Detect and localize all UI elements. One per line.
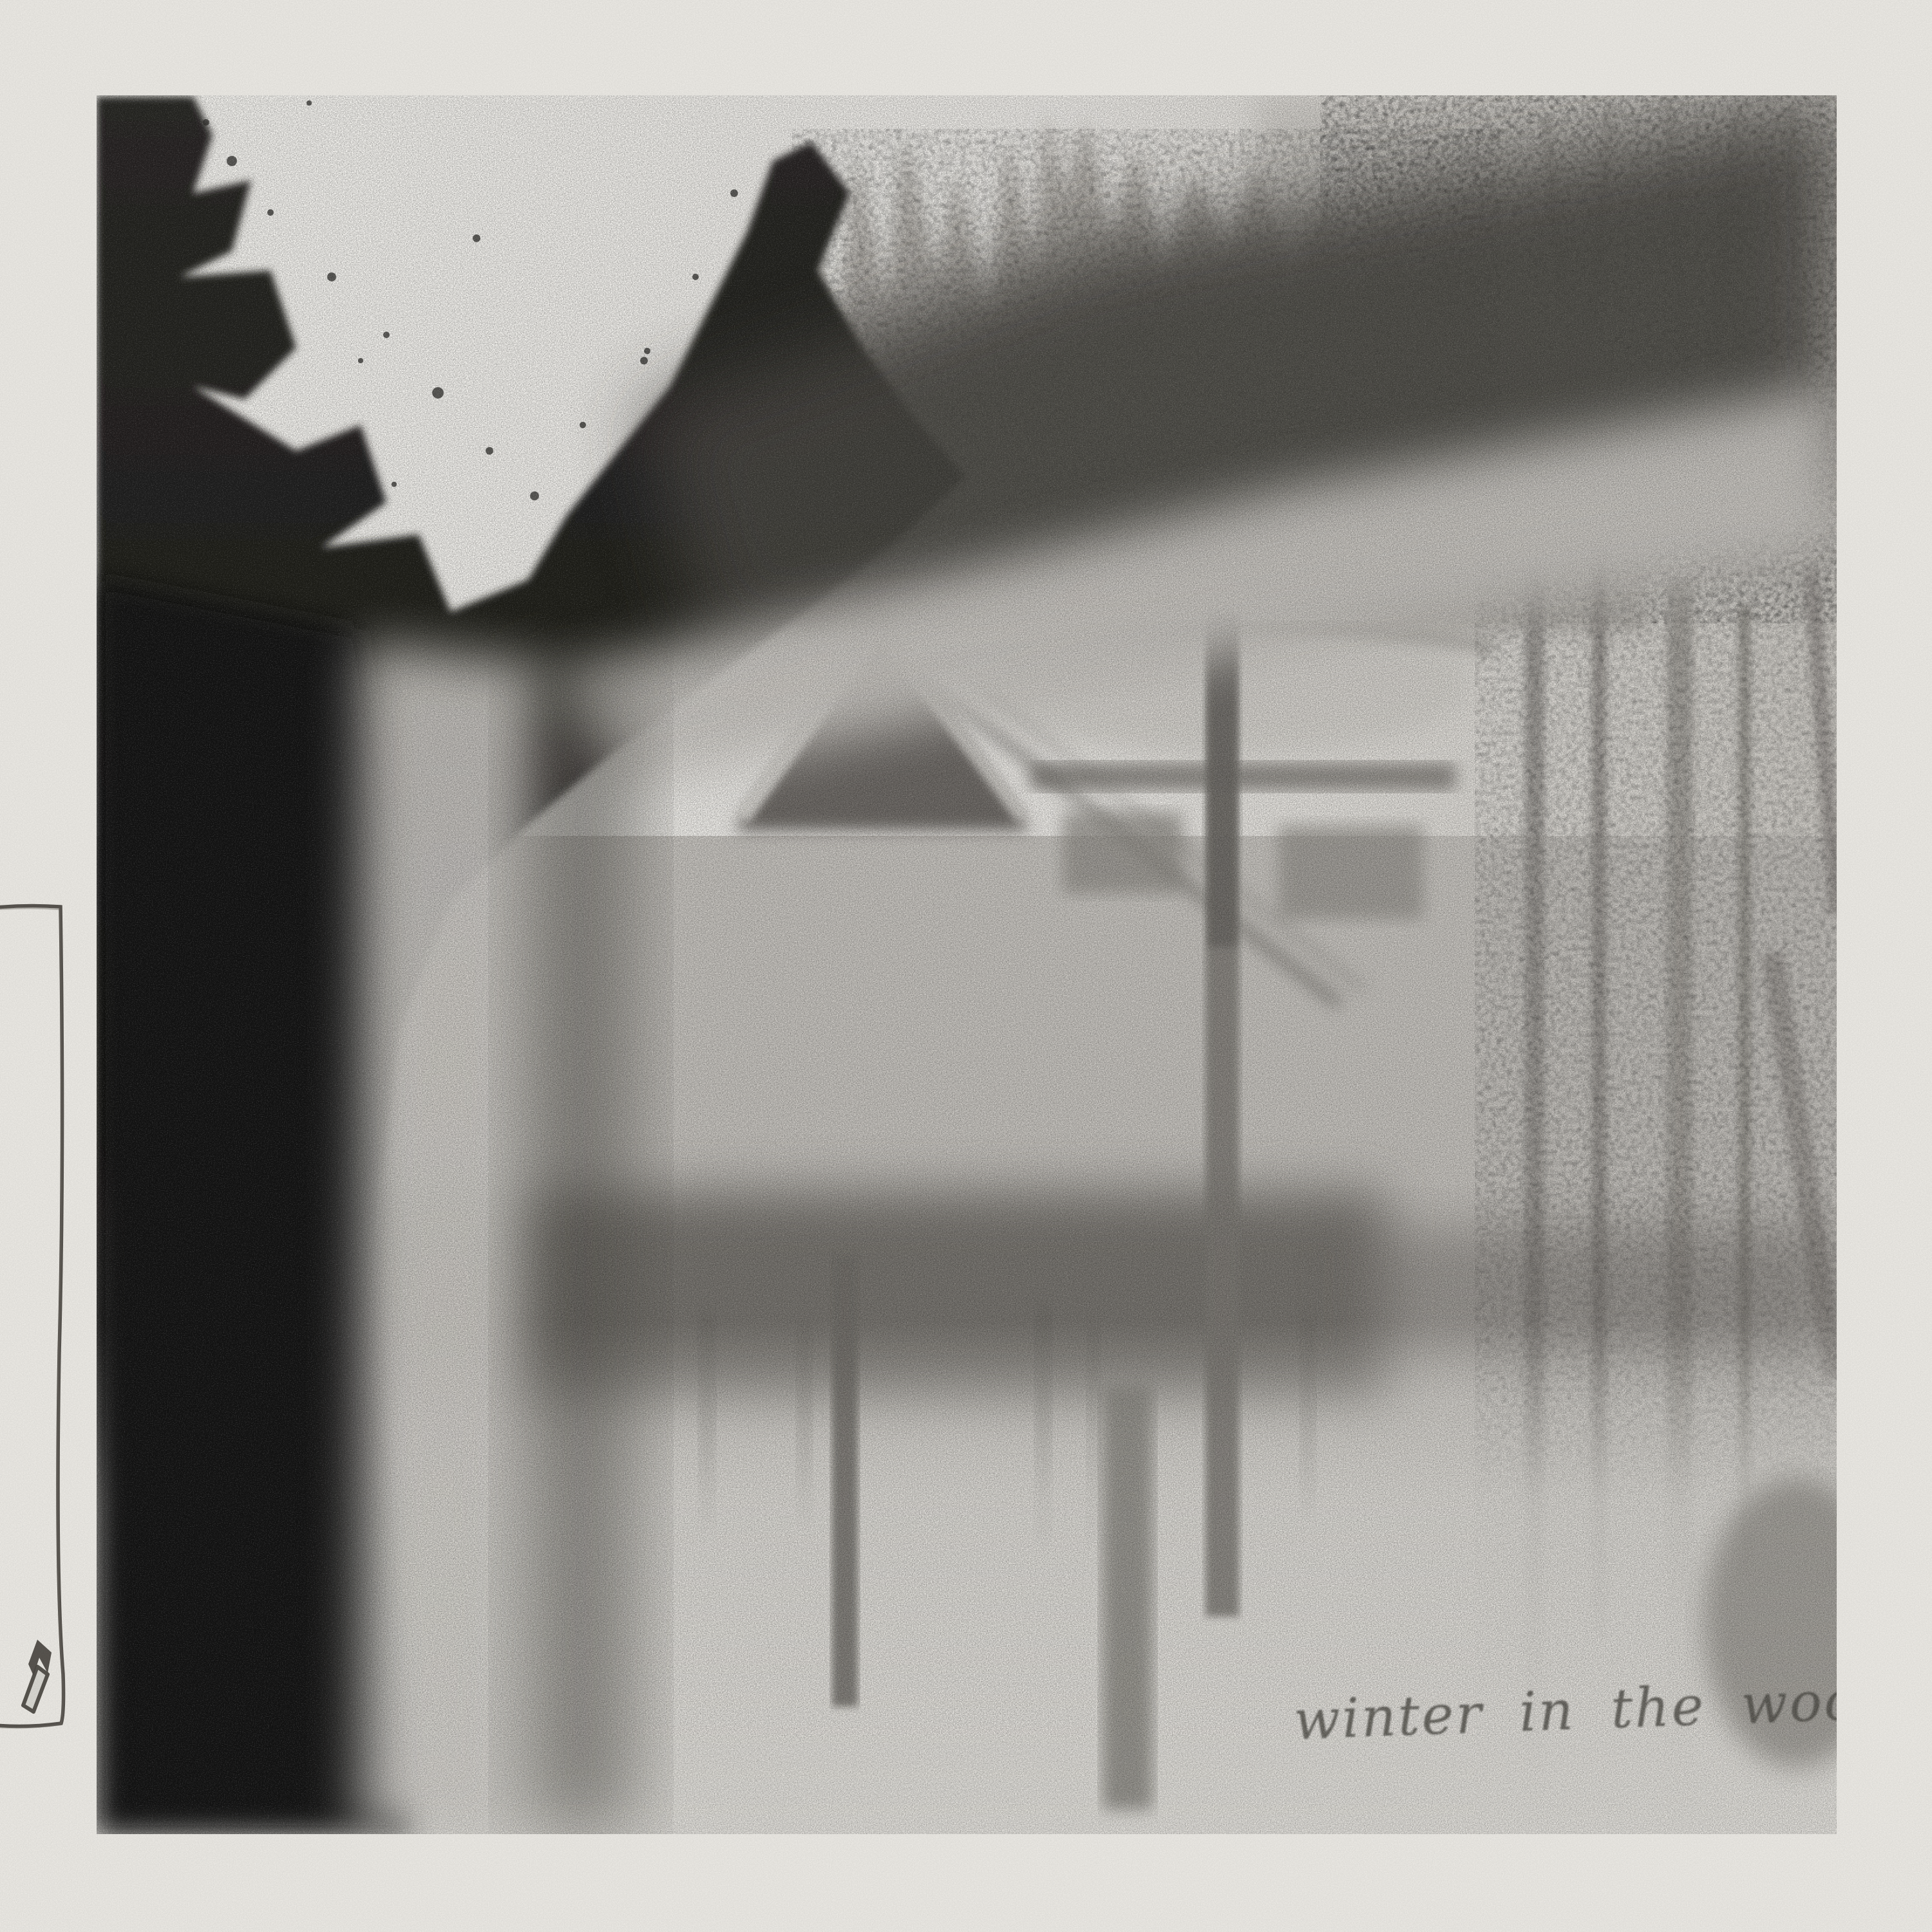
cover-art-canvas: winter in the woods xyxy=(0,0,1932,1932)
paper-texture xyxy=(0,0,1932,1932)
album-cover: winter in the woods xyxy=(0,0,1932,1932)
